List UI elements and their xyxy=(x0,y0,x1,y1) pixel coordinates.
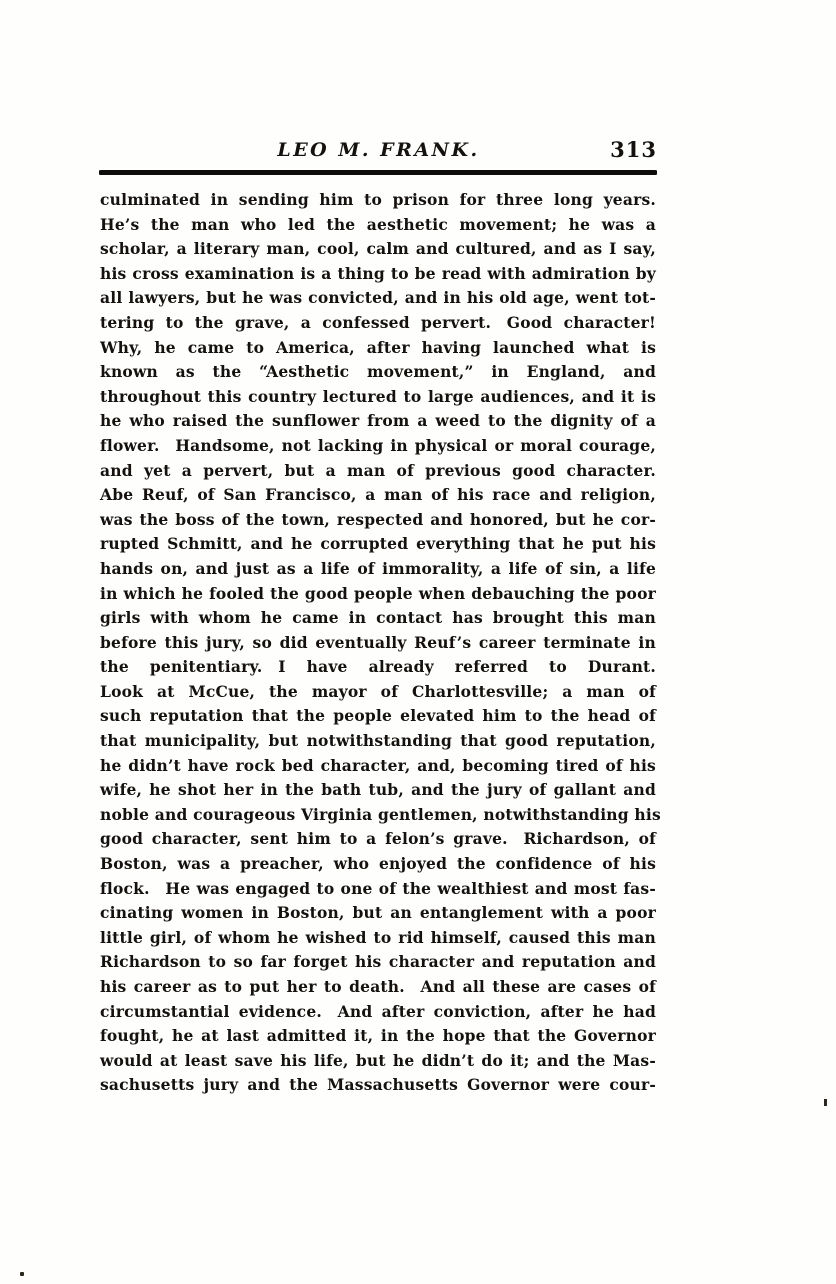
text-line: his career as to put her to death. And a… xyxy=(100,975,656,1000)
book-page: LEO M. FRANK. 313 culminated in sending … xyxy=(0,0,836,1284)
text-line: Richardson to so far forget his characte… xyxy=(100,950,656,975)
text-line: flower. Handsome, not lacking in physica… xyxy=(100,434,656,459)
text-line: would at least save his life, but he did… xyxy=(100,1049,656,1074)
text-line: in which he fooled the good people when … xyxy=(100,582,656,607)
text-line: such reputation that the people elevated… xyxy=(100,704,656,729)
text-line: that municipality, but notwithstanding t… xyxy=(100,729,656,754)
text-line: the penitentiary. I have already referre… xyxy=(100,655,656,680)
text-line: throughout this country lectured to larg… xyxy=(100,385,656,410)
scan-speck xyxy=(20,1272,24,1276)
text-line: good character, sent him to a felon’s gr… xyxy=(100,827,656,852)
text-line: hands on, and just as a life of immorali… xyxy=(100,557,656,582)
text-line: Boston, was a preacher, who enjoyed the … xyxy=(100,852,656,877)
text-line: He’s the man who led the aesthetic movem… xyxy=(100,213,656,238)
text-line: Why, he came to America, after having la… xyxy=(100,336,656,361)
text-line: known as the “Aesthetic movement,” in En… xyxy=(100,360,656,385)
text-line: his cross examination is a thing to be r… xyxy=(100,262,656,287)
text-line: cinating women in Boston, but an entangl… xyxy=(100,901,656,926)
text-line: Look at McCue, the mayor of Charlottesvi… xyxy=(100,680,656,705)
text-line: flock. He was engaged to one of the weal… xyxy=(100,877,656,902)
text-line: fought, he at last admitted it, in the h… xyxy=(100,1024,656,1049)
text-line: little girl, of whom he wished to rid hi… xyxy=(100,926,656,951)
body-text: culminated in sending him to prison for … xyxy=(100,188,656,1098)
text-line: and yet a pervert, but a man of previous… xyxy=(100,459,656,484)
header-rule xyxy=(99,170,657,175)
text-line: tering to the grave, a confessed pervert… xyxy=(100,311,656,336)
page-number: 313 xyxy=(610,137,657,162)
text-line: sachusetts jury and the Massachusetts Go… xyxy=(100,1073,656,1098)
text-line: he didn’t have rock bed character, and, … xyxy=(100,754,656,779)
page-title: LEO M. FRANK. xyxy=(100,139,657,161)
scan-speck xyxy=(824,1099,827,1106)
text-line: rupted Schmitt, and he corrupted everyth… xyxy=(100,532,656,557)
text-line: culminated in sending him to prison for … xyxy=(100,188,656,213)
text-line: wife, he shot her in the bath tub, and t… xyxy=(100,778,656,803)
text-line: all lawyers, but he was convicted, and i… xyxy=(100,286,656,311)
text-line: Abe Reuf, of San Francisco, a man of his… xyxy=(100,483,656,508)
text-line: was the boss of the town, respected and … xyxy=(100,508,656,533)
running-header: LEO M. FRANK. 313 xyxy=(100,139,657,167)
text-line: circumstantial evidence. And after convi… xyxy=(100,1000,656,1025)
text-line: noble and courageous Virginia gentlemen,… xyxy=(100,803,656,828)
text-line: scholar, a literary man, cool, calm and … xyxy=(100,237,656,262)
text-line: before this jury, so did eventually Reuf… xyxy=(100,631,656,656)
text-line: girls with whom he came in contact has b… xyxy=(100,606,656,631)
text-line: he who raised the sunflower from a weed … xyxy=(100,409,656,434)
